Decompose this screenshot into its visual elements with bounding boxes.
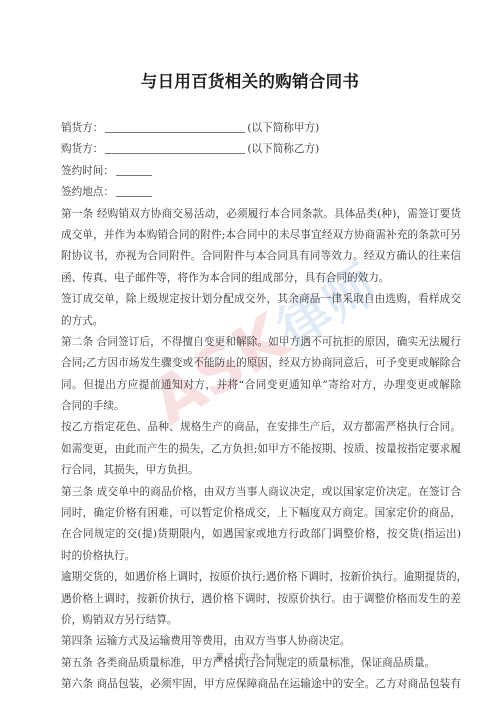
clause-line: 成交单，并作为本购销合同的附件;本合同中的未尽事宜经双方协商需补充的条款可另 [61, 225, 461, 246]
clause-line: 第三条 成交单中的商品价格，由双方当事人商议决定，或以国家定价决定。在签订合 [61, 482, 461, 503]
document-page: ASK律师 与日用百货相关的购销合同书 销货方：(以下简称甲方) 购货方：(以下… [0, 0, 500, 706]
sign-place-field: 签约地点： [61, 182, 461, 203]
sign-time-field: 签约时间： [61, 161, 461, 182]
clause-line: 遇价格上调时，按新价执行，遇价格下调时，按原价执行。由于调整价格而发生的差 [61, 589, 461, 610]
clause-line: 附协议书，亦视为合同附件。合同附件与本合同具有同等效力。经双方确认的往来信 [61, 246, 461, 267]
clause-line: 第六条 商品包装，必须牢固，甲方应保障商品在运输途中的安全。乙方对商品包装有 [61, 674, 461, 695]
clause-line: 同时，确定价格有困难，可以暂定价格成交，上下幅度双方商定。国家定价的商品， [61, 503, 461, 524]
sign-place-blank [116, 184, 152, 197]
sign-place-label: 签约地点： [61, 186, 114, 198]
clause-line: 时的价格执行。 [61, 546, 461, 567]
clause-line: 按乙方指定花色、品种、规格生产的商品，在安排生产后，双方都需严格执行合同。 [61, 417, 461, 438]
sign-time-blank [116, 163, 152, 176]
clause-line: 第一条 经购销双方协商交易活动，必须履行本合同条款。具体品类(种)，需签订要货 [61, 204, 461, 225]
buyer-label: 购货方： [61, 143, 103, 155]
buyer-field: 购货方：(以下简称乙方) [61, 139, 461, 160]
clause-line: 逾期交货的，如遇价格上调时，按原价执行;遇价格下调时，按新价执行。逾期提货的， [61, 567, 461, 588]
clause-line: 合同的手续。 [61, 396, 461, 417]
clause-line: 的方式。 [61, 311, 461, 332]
sign-time-label: 签约时间： [61, 165, 114, 177]
clause-line: 签订成交单，除上级规定按计划分配成交外，其余商品一律采取自由选购，看样成交 [61, 289, 461, 310]
buyer-blank [105, 141, 245, 154]
clause-line: 在合同规定的交(提)货期限内，如遇国家或地方行政部门调整价格，按交货(指运出) [61, 524, 461, 545]
page-number: 第 1 页 共 4 页 [0, 651, 500, 662]
clause-line: 函、传真、电子邮件等，将作为本合同的组成部分，具有合同的效力。 [61, 268, 461, 289]
seller-blank [105, 120, 245, 133]
document-body: 销货方：(以下简称甲方) 购货方：(以下简称乙方) 签约时间： 签约地点： 第一… [61, 118, 461, 696]
clause-line: 同。但提出方应提前通知对方，并将“合同变更通知单”寄给对方，办理变更或解除 [61, 375, 461, 396]
clause-line: 如需变更，由此而产生的损失，乙方负担;如甲方不能按期、按质、按量按指定要求履 [61, 439, 461, 460]
seller-suffix: (以下简称甲方) [247, 122, 319, 134]
document-title: 与日用百货相关的购销合同书 [0, 68, 500, 92]
seller-label: 销货方： [61, 122, 103, 134]
buyer-suffix: (以下简称乙方) [247, 143, 319, 155]
clause-line: 合同;乙方因市场发生骤变或不能防止的原因，经双方协商同意后，可予变更或解除合 [61, 353, 461, 374]
clause-line: 行合同，其损失，甲方负担。 [61, 460, 461, 481]
seller-field: 销货方：(以下简称甲方) [61, 118, 461, 139]
clause-line: 第二条 合同签订后，不得擅自变更和解除。如甲方遇不可抗拒的原因，确实无法履行 [61, 332, 461, 353]
contract-clauses: 第一条 经购销双方协商交易活动，必须履行本合同条款。具体品类(种)，需签订要货成… [61, 204, 461, 696]
clause-line: 价，购销双方另行结算。 [61, 610, 461, 631]
clause-line: 第四条 运输方式及运输费用等费用，由双方当事人协商决定。 [61, 631, 461, 652]
